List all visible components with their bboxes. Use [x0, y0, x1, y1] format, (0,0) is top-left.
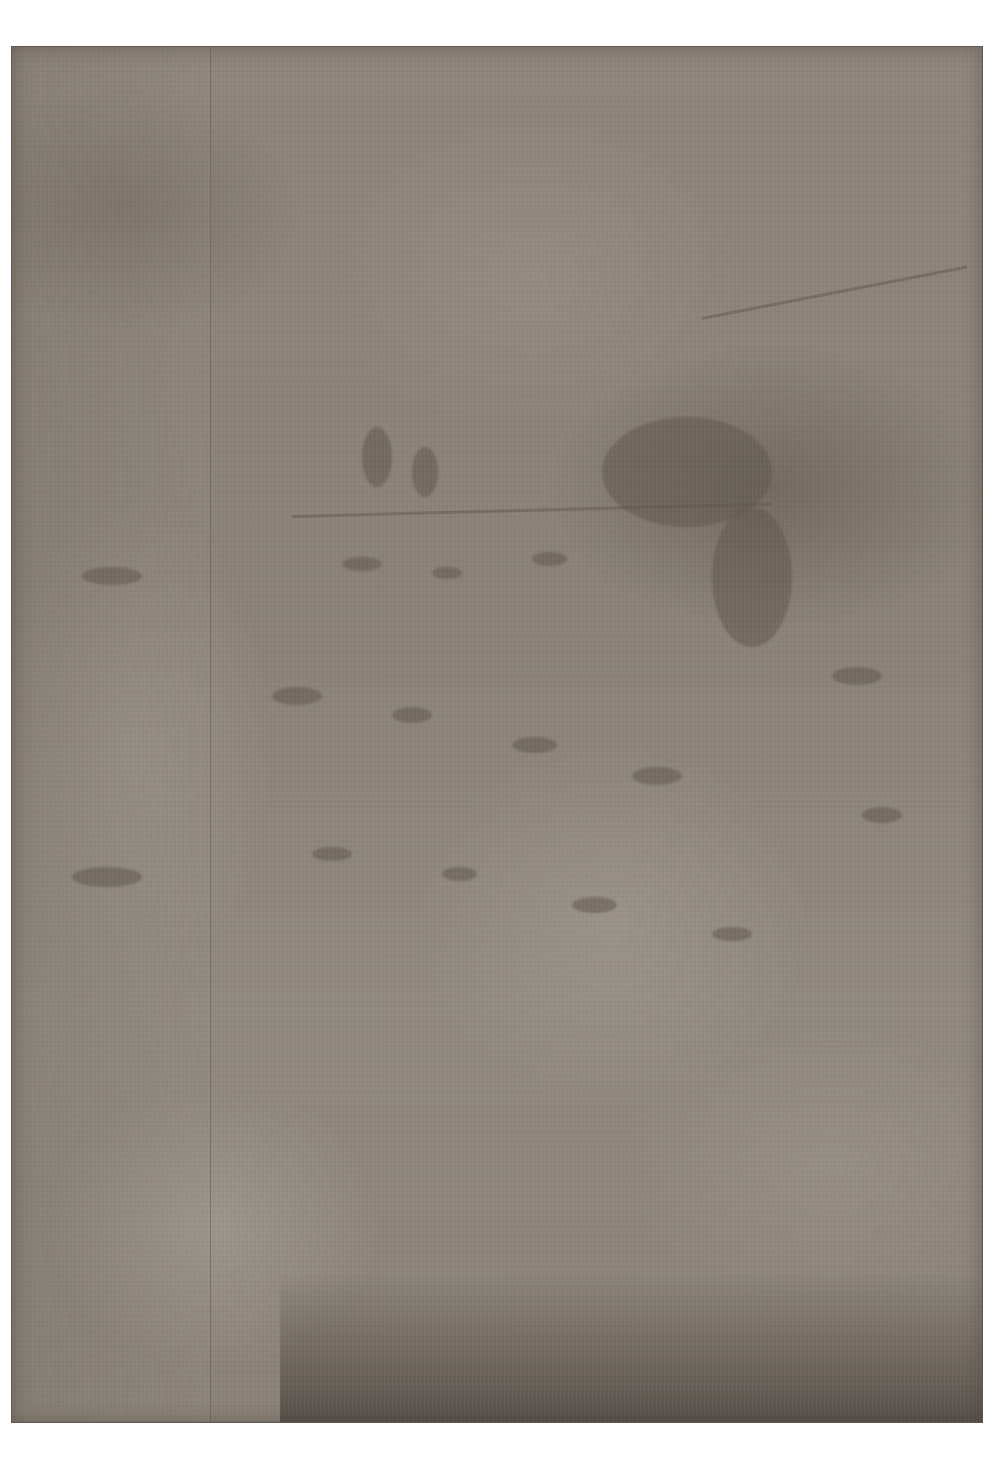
rug-blotch — [512, 737, 557, 753]
rug-blotch — [72, 867, 142, 887]
rug-blotch — [312, 847, 352, 861]
rug-blotch — [412, 447, 438, 497]
image-canvas — [0, 0, 1000, 1472]
rug-left-panel — [12, 47, 211, 1422]
rug-blotch — [442, 867, 477, 881]
rug-blotch — [832, 667, 882, 685]
rug-blotch — [862, 807, 902, 823]
rug — [12, 47, 982, 1422]
rug-bottom-shadow — [280, 1272, 982, 1422]
rug-blotch — [572, 897, 617, 913]
rug-blotch — [342, 557, 382, 571]
rug-blotch — [712, 927, 752, 941]
rug-blotch — [532, 552, 567, 566]
rug-blotch — [712, 507, 792, 647]
rug-blotch — [82, 567, 142, 585]
rug-blotch — [272, 687, 322, 705]
rug-blotch — [432, 567, 462, 579]
rug-blotch — [632, 767, 682, 785]
rug-blotch — [362, 427, 392, 487]
rug-blotch — [392, 707, 432, 723]
